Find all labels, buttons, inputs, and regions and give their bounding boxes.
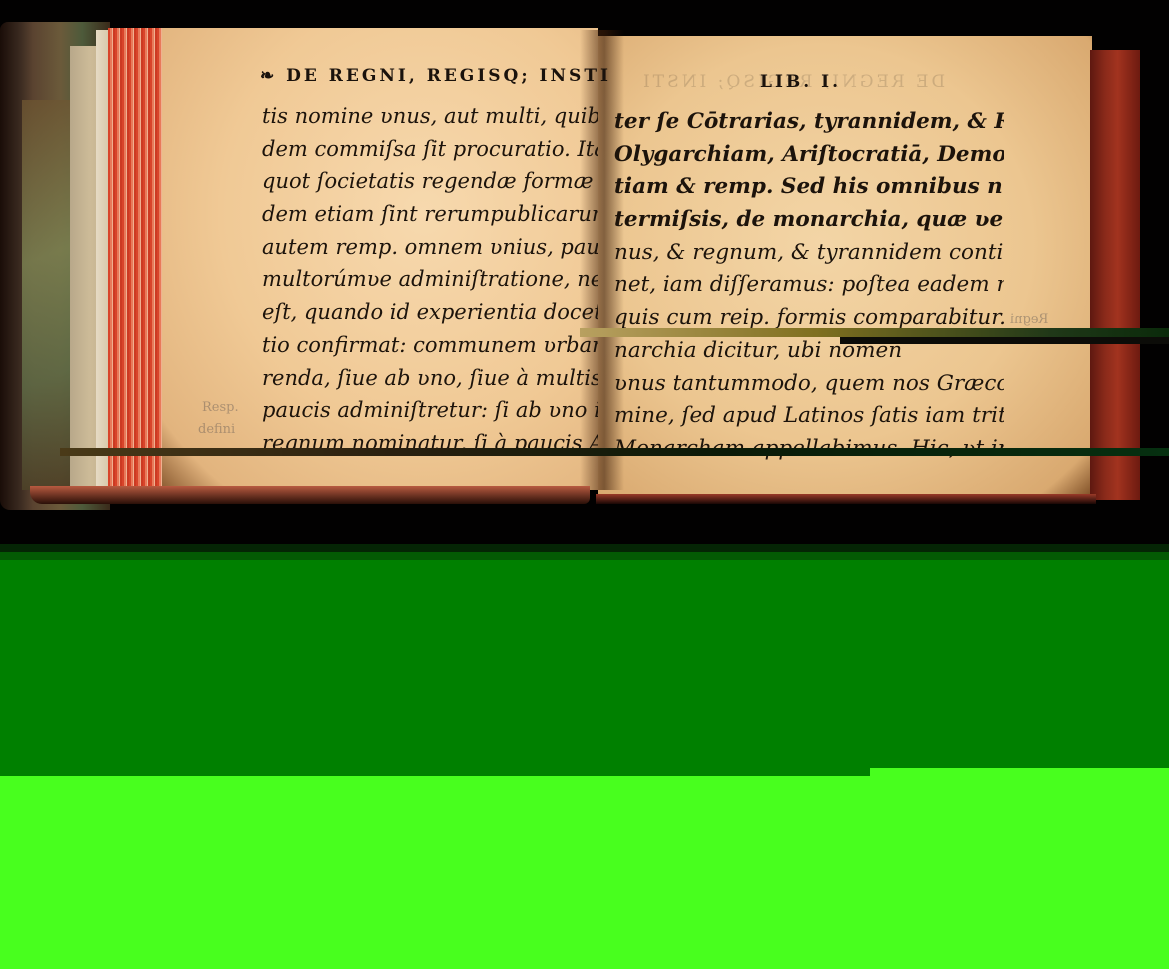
right-page-text: ter ſe Cōtrarias, tyrannidem, & Regnū, O… <box>614 106 1004 466</box>
text-line: tis nomine ʋnus, aut multi, quibuse- <box>262 100 598 133</box>
red-page-edges-left <box>108 28 164 490</box>
text-line: quot ſocietatis regendæ formæ ſint, <box>262 165 598 198</box>
text-line: nus, & regnum, & tyrannidem conti- <box>614 237 1004 270</box>
corruption-fill-green <box>0 768 870 776</box>
text-line: multorúmʋe adminiſtratione, nec <box>262 263 598 296</box>
text-line: dem etiam ſint rerumpublicarum. R <box>262 198 598 231</box>
text-line: renda, ſiue ab ʋno, ſiue à multis, ſi <box>262 362 598 395</box>
corruption-band-mid <box>0 552 1169 560</box>
text-line: eſt, quando id experientia docet, & <box>262 296 598 329</box>
page-bottom-edge-left <box>30 486 590 504</box>
marginal-note: Resp. <box>202 400 239 415</box>
left-running-head: ❧ DE REGNI, REGISQ; INSTI <box>260 66 611 86</box>
text-line: mine, ſed apud Latinos ſatis iam trito <box>614 400 1004 433</box>
corruption-fill-green <box>0 560 1169 768</box>
text-line: paucis adminiſtretur: ſi ab ʋno id <box>262 394 598 427</box>
glitch-band <box>580 328 1169 337</box>
page-bottom-edge-right <box>596 494 1096 504</box>
text-line: ter ſe Cōtrarias, tyrannidem, & Regnū, <box>614 106 1004 139</box>
corruption-fill-bright <box>0 776 1169 969</box>
text-line: Olygarchiam, Ariſtocratiā, Democra <box>614 139 1004 172</box>
marginal-note: defini <box>198 422 235 437</box>
text-line: tio confirmat: communem ʋrbanæ <box>262 329 598 362</box>
text-line: tiam & remp. Sed his omnibus nūc præ- <box>614 171 1004 204</box>
book-photograph: ❧ DE REGNI, REGISQ; INSTI DE REGNI, REGI… <box>0 0 1169 548</box>
text-line: dem commiſsa ſit procuratio. Ita fit, <box>262 133 598 166</box>
glitch-band <box>60 448 1169 456</box>
corruption-band-dark <box>0 544 1169 552</box>
glitch-band <box>840 337 1169 344</box>
text-line: autem remp. omnem ʋnius, paucor <box>262 231 598 264</box>
left-page-text: tis nomine ʋnus, aut multi, quibuse- dem… <box>262 100 598 460</box>
text-line: net, iam diſſeramus: poſtea eadem reli- <box>614 269 1004 302</box>
text-line: termiſsis, de monarchia, quæ ʋeluti ge- <box>614 204 1004 237</box>
right-running-head: LIB. I. <box>760 72 841 92</box>
red-page-edges-right <box>1090 50 1140 500</box>
marginal-note-mirrored: Regni <box>1010 312 1048 327</box>
text-line: ʋnus tantummodo, quem nos Græco no <box>614 368 1004 401</box>
